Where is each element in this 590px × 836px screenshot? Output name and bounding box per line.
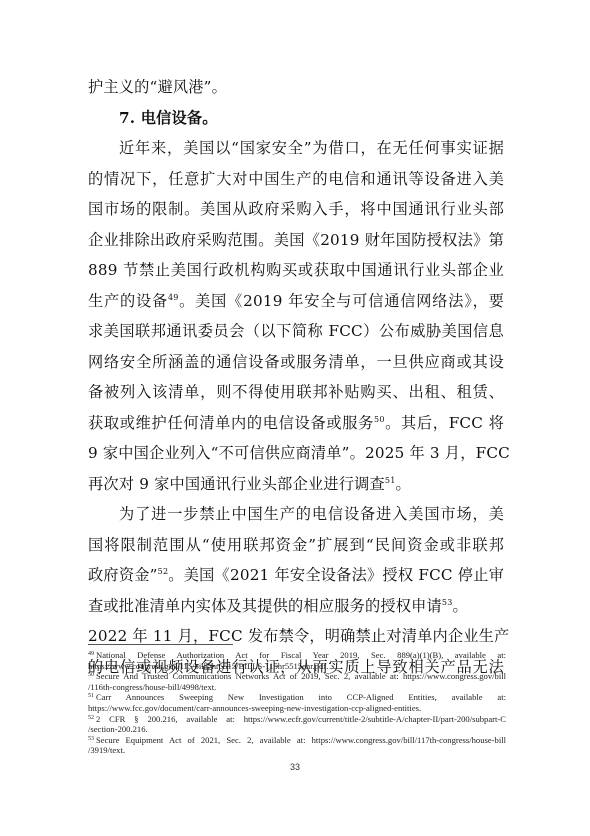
line-text: 近年来，美国以“国家安全”为借口，在无任何事实证据	[119, 139, 504, 157]
text-line: 9 家中国企业列入“不可信供应商清单”。2025 年 3 月，FCC	[88, 438, 504, 469]
line-text: 。	[453, 597, 468, 615]
line-text: 7. 电信设备。	[119, 109, 218, 127]
line-text: 查或批准清单内实体及其提供的相应服务的授权申请	[88, 597, 442, 615]
footnote-number: 50	[88, 672, 94, 678]
text-line: 再次对 9 家中国通讯行业头部企业进行调查51。	[88, 469, 504, 500]
footnote-text[interactable]: /116th-congress/house-bill/4998/text.	[88, 682, 216, 692]
text-line: 的情况下，任意扩大对中国生产的电信和通讯等设备进入美	[88, 164, 504, 195]
footnote-text[interactable]: 2 CFR § 200.216, available at: https://w…	[96, 714, 506, 724]
text-line: 国将限制范围从“使用联邦资金”扩展到“民间资金或非联邦	[88, 530, 504, 561]
line-text: 网络安全所涵盖的通信设备或服务清单，一旦供应商或其设	[88, 353, 504, 371]
footnote-ref[interactable]: 49	[168, 293, 179, 302]
text-line: 网络安全所涵盖的通信设备或服务清单，一旦供应商或其设	[88, 347, 504, 378]
footnote-text[interactable]: https://www.congress.gov/115/bills/hr551…	[88, 661, 328, 671]
footnote-ref[interactable]: 52	[158, 567, 169, 576]
footnote-number: 52	[88, 715, 94, 721]
footnote-53: 53Secure Equipment Act of 2021, Sec. 2, …	[88, 735, 506, 756]
line-text: 。美国《2019 年安全与可信通信网络法》，要	[179, 292, 504, 310]
text-line: 获取或维护任何清单内的电信设备或服务50。其后，FCC 将	[88, 408, 504, 439]
footnote-separator	[88, 644, 233, 645]
line-text: 求美国联邦通讯委员会（以下简称 FCC）公布威胁美国信息	[88, 322, 504, 340]
text-line: 求美国联邦通讯委员会（以下简称 FCC）公布威胁美国信息	[88, 316, 504, 347]
line-text: 政府资金”	[88, 566, 158, 584]
text-line: 备被列入该清单，则不得使用联邦补贴购买、出租、租赁、	[88, 377, 504, 408]
footnote-number: 53	[88, 736, 94, 742]
line-text: 备被列入该清单，则不得使用联邦补贴购买、出租、租赁、	[88, 383, 504, 401]
footnotes: 49National Defense Authorization Act for…	[88, 650, 506, 756]
line-text: 护主义的“避风港”。	[88, 78, 227, 96]
line-text: 国市场的限制。美国从政府采购入手，将中国通讯行业头部	[88, 200, 504, 218]
footnote-49: 49National Defense Authorization Act for…	[88, 650, 506, 671]
footnote-52: 522 CFR § 200.216, available at: https:/…	[88, 714, 506, 735]
footnote-text[interactable]: /3919/text.	[88, 745, 125, 755]
document-page: 护主义的“避风港”。7. 电信设备。近年来，美国以“国家安全”为借口，在无任何事…	[0, 0, 590, 836]
footnote-50: 50Secure And Trusted Communications Netw…	[88, 671, 506, 692]
text-line: 政府资金”52。美国《2021 年安全设备法》授权 FCC 停止审	[88, 560, 504, 591]
footnote-text[interactable]: /section-200.216.	[88, 724, 148, 734]
footnote-text: National Defense Authorization Act for F…	[96, 650, 506, 660]
footnote-line: https://www.congress.gov/115/bills/hr551…	[88, 661, 506, 672]
footnote-ref[interactable]: 50	[374, 415, 385, 424]
footnote-line: /3919/text.	[88, 745, 506, 756]
line-text: 国将限制范围从“使用联邦资金”扩展到“民间资金或非联邦	[88, 536, 504, 554]
footnote-number: 51	[88, 693, 94, 699]
footnote-text[interactable]: Secure Equipment Act of 2021, Sec. 2, av…	[96, 735, 506, 745]
footnote-line: /section-200.216.	[88, 724, 506, 735]
line-text: 889 节禁止美国行政机构购买或获取中国通讯行业头部企业	[88, 261, 504, 279]
footnote-51: 51Carr Announces Sweeping New Investigat…	[88, 692, 506, 713]
footnote-line: 522 CFR § 200.216, available at: https:/…	[88, 714, 506, 725]
line-text: 的情况下，任意扩大对中国生产的电信和通讯等设备进入美	[88, 170, 504, 188]
page-number: 33	[0, 762, 590, 772]
footnote-text: Carr Announces Sweeping New Investigatio…	[96, 692, 506, 702]
text-line: 护主义的“避风港”。	[88, 72, 504, 103]
footnote-line: https://www.fcc.gov/document/carr-announ…	[88, 703, 506, 714]
line-text: 企业排除出政府采购范围。美国《2019 财年国防授权法》第	[88, 231, 504, 249]
line-text: 。其后，FCC 将	[385, 414, 504, 432]
text-line: 889 节禁止美国行政机构购买或获取中国通讯行业头部企业	[88, 255, 504, 286]
body-text: 护主义的“避风港”。7. 电信设备。近年来，美国以“国家安全”为借口，在无任何事…	[88, 72, 504, 682]
line-text: 。美国《2021 年安全设备法》授权 FCC 停止审	[168, 566, 504, 584]
footnote-line: /116th-congress/house-bill/4998/text.	[88, 682, 506, 693]
line-text: 获取或维护任何清单内的电信设备或服务	[88, 414, 374, 432]
footnote-line: 51Carr Announces Sweeping New Investigat…	[88, 692, 506, 703]
text-line: 生产的设备49。美国《2019 年安全与可信通信网络法》，要	[88, 286, 504, 317]
footnote-ref[interactable]: 51	[385, 476, 396, 485]
footnote-text[interactable]: Secure And Trusted Communications Networ…	[96, 671, 506, 681]
text-line: 查或批准清单内实体及其提供的相应服务的授权申请53。	[88, 591, 504, 622]
footnote-ref[interactable]: 53	[442, 598, 453, 607]
line-text: 为了进一步禁止中国生产的电信设备进入美国市场，美	[119, 505, 504, 523]
footnote-line: 49National Defense Authorization Act for…	[88, 650, 506, 661]
footnote-text[interactable]: https://www.fcc.gov/document/carr-announ…	[88, 703, 421, 713]
text-line: 近年来，美国以“国家安全”为借口，在无任何事实证据	[88, 133, 504, 164]
line-text: 2022 年 11 月，FCC 发布禁令，明确禁止对清单内企业生产	[88, 627, 509, 645]
footnote-line: 50Secure And Trusted Communications Netw…	[88, 671, 506, 682]
footnote-number: 49	[88, 651, 94, 657]
text-line: 国市场的限制。美国从政府采购入手，将中国通讯行业头部	[88, 194, 504, 225]
text-line: 企业排除出政府采购范围。美国《2019 财年国防授权法》第	[88, 225, 504, 256]
footnote-line: 53Secure Equipment Act of 2021, Sec. 2, …	[88, 735, 506, 746]
text-line: 2022 年 11 月，FCC 发布禁令，明确禁止对清单内企业生产	[88, 621, 504, 652]
line-text: 。	[396, 475, 411, 493]
line-text: 生产的设备	[88, 292, 168, 310]
text-line: 为了进一步禁止中国生产的电信设备进入美国市场，美	[88, 499, 504, 530]
section-heading: 7. 电信设备。	[88, 103, 504, 134]
line-text: 9 家中国企业列入“不可信供应商清单”。2025 年 3 月，FCC	[88, 444, 510, 462]
line-text: 再次对 9 家中国通讯行业头部企业进行调查	[88, 475, 385, 493]
